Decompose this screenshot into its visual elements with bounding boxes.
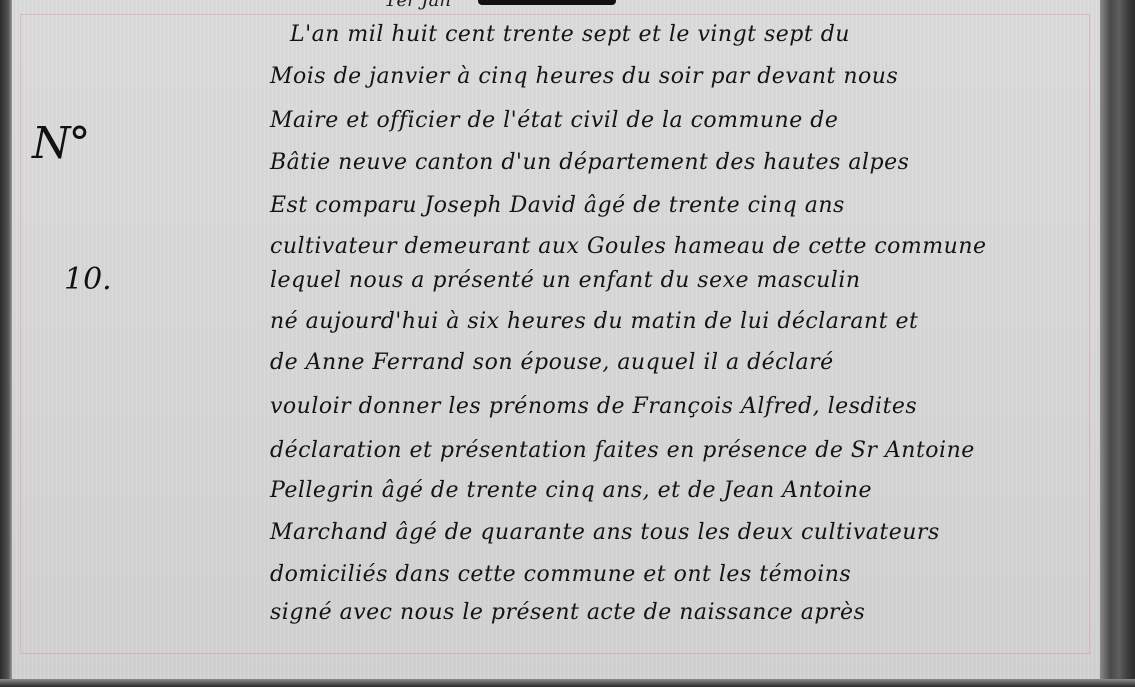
left-page-shadow	[0, 0, 12, 687]
redaction-bar	[478, 0, 616, 5]
book-binding-edge	[1100, 0, 1135, 687]
text-line-7: lequel nous a présenté un enfant du sexe…	[270, 268, 1100, 293]
entry-number-prefix: N°	[32, 118, 89, 169]
header-fragment: 1er Jan	[385, 0, 451, 11]
text-line-1: L'an mil huit cent trente sept et le vin…	[290, 22, 1120, 47]
text-line-5: Est comparu Joseph David âgé de trente c…	[270, 193, 1100, 218]
text-line-14: domiciliés dans cette commune et ont les…	[270, 562, 1100, 587]
text-line-3: Maire et officier de l'état civil de la …	[270, 108, 1100, 133]
text-line-12: Pellegrin âgé de trente cinq ans, et de …	[270, 478, 1100, 503]
text-line-13: Marchand âgé de quarante ans tous les de…	[270, 520, 1100, 545]
text-line-6: cultivateur demeurant aux Goules hameau …	[270, 234, 1100, 259]
text-line-4: Bâtie neuve canton d'un département des …	[270, 150, 1100, 175]
text-line-10: vouloir donner les prénoms de François A…	[270, 394, 1100, 419]
text-line-11: déclaration et présentation faites en pr…	[270, 438, 1100, 463]
entry-number-label: N°	[32, 118, 89, 169]
text-line-2: Mois de janvier à cinq heures du soir pa…	[270, 64, 1100, 89]
text-line-9: de Anne Ferrand son épouse, auquel il a …	[270, 350, 1100, 375]
bottom-page-edge	[0, 679, 1135, 687]
scanned-register-page: 1er Jan N° 10. L'an mil huit cent trente…	[0, 0, 1135, 687]
text-line-8: né aujourd'hui à six heures du matin de …	[270, 309, 1100, 334]
text-line-15: signé avec nous le présent acte de naiss…	[270, 600, 1100, 625]
entry-number: 10.	[64, 262, 112, 297]
